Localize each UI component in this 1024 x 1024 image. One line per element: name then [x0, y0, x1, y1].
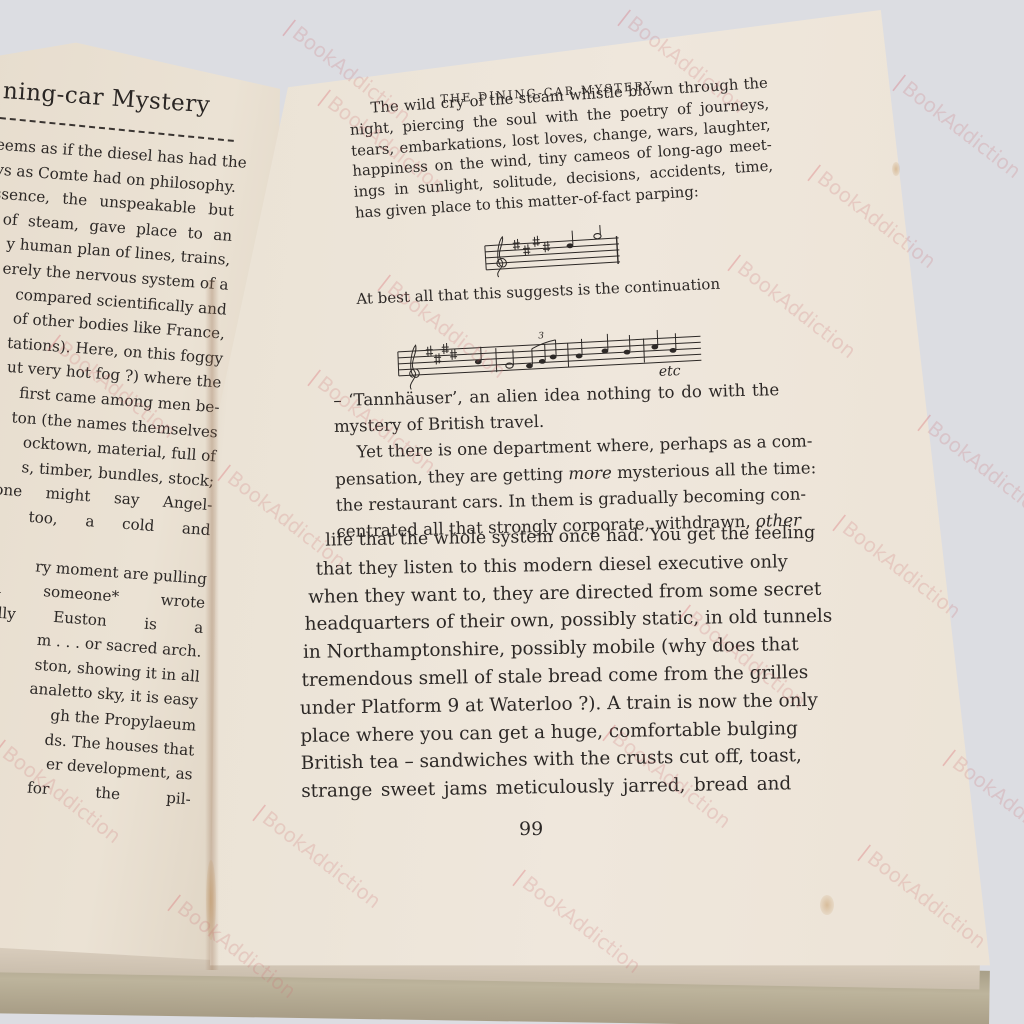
paragraph-restaurant-cars: life that the whole system once had. You…	[298, 576, 791, 806]
foxing-stain	[820, 895, 834, 915]
paragraph-steam-whistle: The wild cry of the steam whistle blown …	[348, 74, 775, 225]
paragraph-tannhauser: – ‘Tannhäuser’, an alien idea nothing to…	[333, 377, 783, 545]
etc-mark: etc	[658, 363, 681, 380]
italic-more: more	[568, 463, 612, 483]
watermark: |BookAddiction	[890, 70, 1024, 183]
triplet-mark: 3	[538, 331, 544, 341]
page-number: 99	[519, 818, 543, 840]
foxing-stain	[892, 162, 900, 176]
photo-scene: ning-car Mystery seems as if the diesel …	[0, 0, 1024, 1024]
foxing-stain	[206, 860, 216, 940]
music-notation-whistle	[482, 224, 625, 282]
